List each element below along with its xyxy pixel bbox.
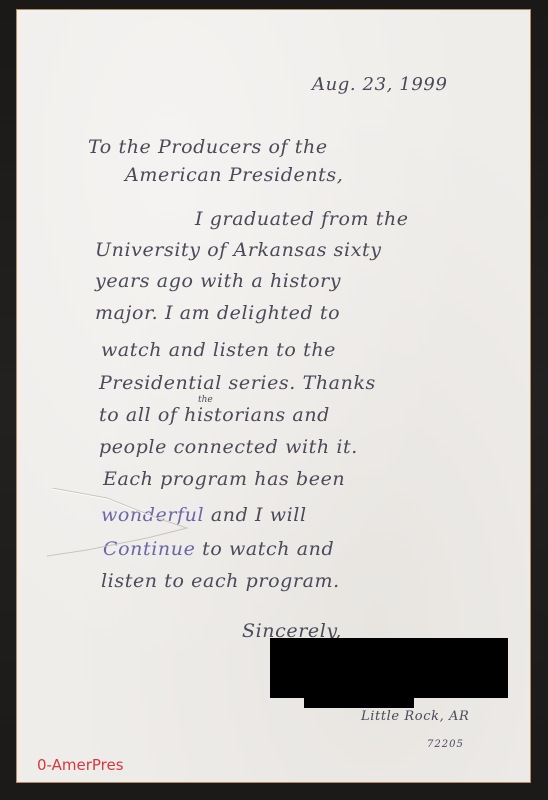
body-line-6: Presidential series. Thanks [99, 374, 376, 393]
body-line-11-rest: to watch and [195, 538, 334, 560]
salutation-line-2: American Presidents, [125, 166, 343, 185]
blue-ink-word: Continue [103, 538, 195, 560]
filing-note: 0-AmerPres [37, 758, 124, 773]
signature-redaction-tab [304, 697, 414, 708]
salutation-line-1: To the Producers of the [88, 138, 328, 157]
body-line-3: years ago with a history [95, 272, 341, 291]
body-line-11: Continue to watch and [103, 540, 334, 559]
body-line-9: Each program has been [103, 470, 345, 489]
sender-location: Little Rock, AR [361, 710, 469, 723]
blue-ink-word: wonderful [101, 504, 204, 526]
body-line-10: wonderful and I will [101, 506, 307, 525]
body-line-4: major. I am delighted to [95, 304, 340, 323]
body-line-5: watch and listen to the [101, 341, 336, 360]
body-line-10-rest: and I will [204, 504, 306, 526]
body-line-8: people connected with it. [99, 438, 358, 457]
letter-date: Aug. 23, 1999 [312, 76, 448, 94]
body-line-2: University of Arkansas sixty [95, 241, 382, 260]
body-line-7: to all of historians and [99, 406, 330, 425]
body-line-12: listen to each program. [101, 572, 340, 591]
signature-redaction [270, 638, 508, 698]
letter-page: Aug. 23, 1999 To the Producers of the Am… [17, 10, 530, 782]
sender-zip: 72205 [427, 740, 464, 750]
body-line-1: I graduated from the [195, 210, 409, 229]
